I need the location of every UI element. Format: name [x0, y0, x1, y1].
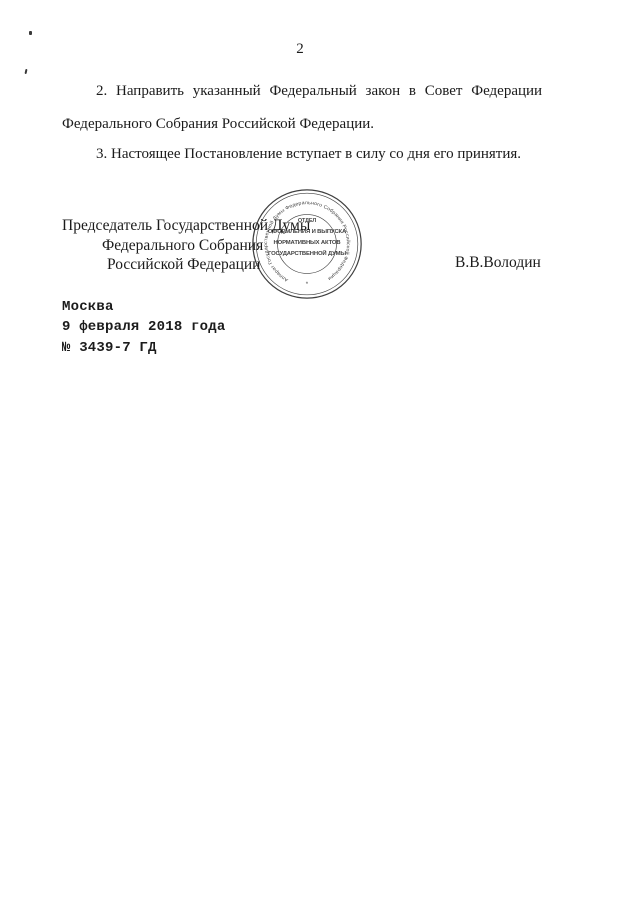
scan-speck [29, 31, 32, 35]
footer-city: Москва [62, 299, 114, 315]
scan-speck [25, 69, 28, 74]
document-page: 2 2. Направить указанный Федеральный зак… [0, 0, 640, 905]
signature-title-line3: Российской Федерации [107, 256, 260, 274]
footer-document-number: № 3439-7 ГД [62, 340, 157, 356]
stamp-center-line2: ОФОРМЛЕНИЯ И ВЫПУСКА [268, 229, 347, 235]
paragraph-item3: 3. Настоящее Постановление вступает в си… [96, 146, 521, 163]
paragraph-item2-line1: 2. Направить указанный Федеральный закон… [96, 83, 542, 100]
stamp-star-separator: * [306, 281, 309, 288]
paragraph-item2-line2: Федерального Собрания Российской Федерац… [62, 116, 374, 133]
page-number: 2 [280, 41, 320, 58]
stamp-center-line4: ГОСУДАРСТВЕННОЙ ДУМЫ [268, 249, 346, 257]
signature-title-line2: Федерального Собрания [102, 237, 263, 255]
signatory-name: В.В.Володин [455, 254, 541, 272]
footer-date: 9 февраля 2018 года [62, 319, 225, 335]
stamp-center-line3: НОРМАТИВНЫХ АКТОВ [274, 240, 341, 246]
stamp-center-line1: ОТДЕЛ [298, 218, 317, 224]
official-stamp-icon: Аппарат Государственной Думы Федеральног… [250, 187, 364, 301]
